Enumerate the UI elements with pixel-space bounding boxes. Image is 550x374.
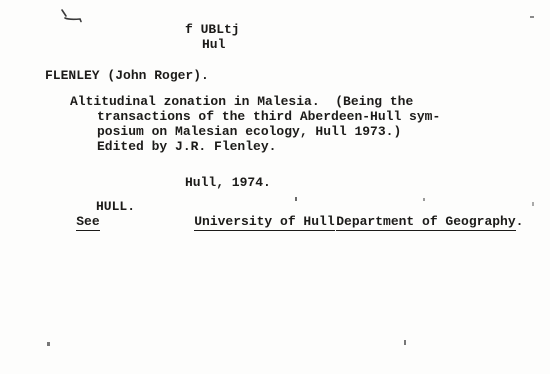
description-line: posium on Malesian ecology, Hull 1973.) (97, 124, 401, 139)
scan-speck (530, 16, 534, 18)
scan-speck (532, 202, 534, 206)
see-reference-line: See (45, 199, 100, 246)
see-label: See (76, 214, 99, 231)
description-line: Altitudinal zonation in Malesia. (Being … (70, 94, 413, 109)
scan-speck (47, 342, 50, 346)
imprint-line: Hull, 1974. (185, 175, 271, 190)
subheading-2-period: . (516, 214, 524, 229)
subheading-2-text: Department of Geography (336, 214, 515, 231)
description-line: transactions of the third Aberdeen-Hull … (97, 109, 440, 124)
description-line: Edited by J.R. Flenley. (97, 139, 276, 154)
handwritten-mark (58, 7, 88, 25)
see-reference-main-heading: HULL. (96, 199, 135, 214)
classmark-line-2: Hul (202, 37, 225, 52)
scan-speck (423, 198, 425, 201)
author-heading: FLENLEY (John Roger). (45, 68, 209, 83)
scan-speck (295, 197, 297, 201)
classmark-line-1: f UBLtj (185, 22, 240, 37)
see-reference-subheading-2: Department of Geography. (305, 199, 523, 246)
scan-speck (404, 340, 406, 345)
catalog-card: f UBLtj Hul FLENLEY (John Roger). Altitu… (0, 0, 550, 374)
